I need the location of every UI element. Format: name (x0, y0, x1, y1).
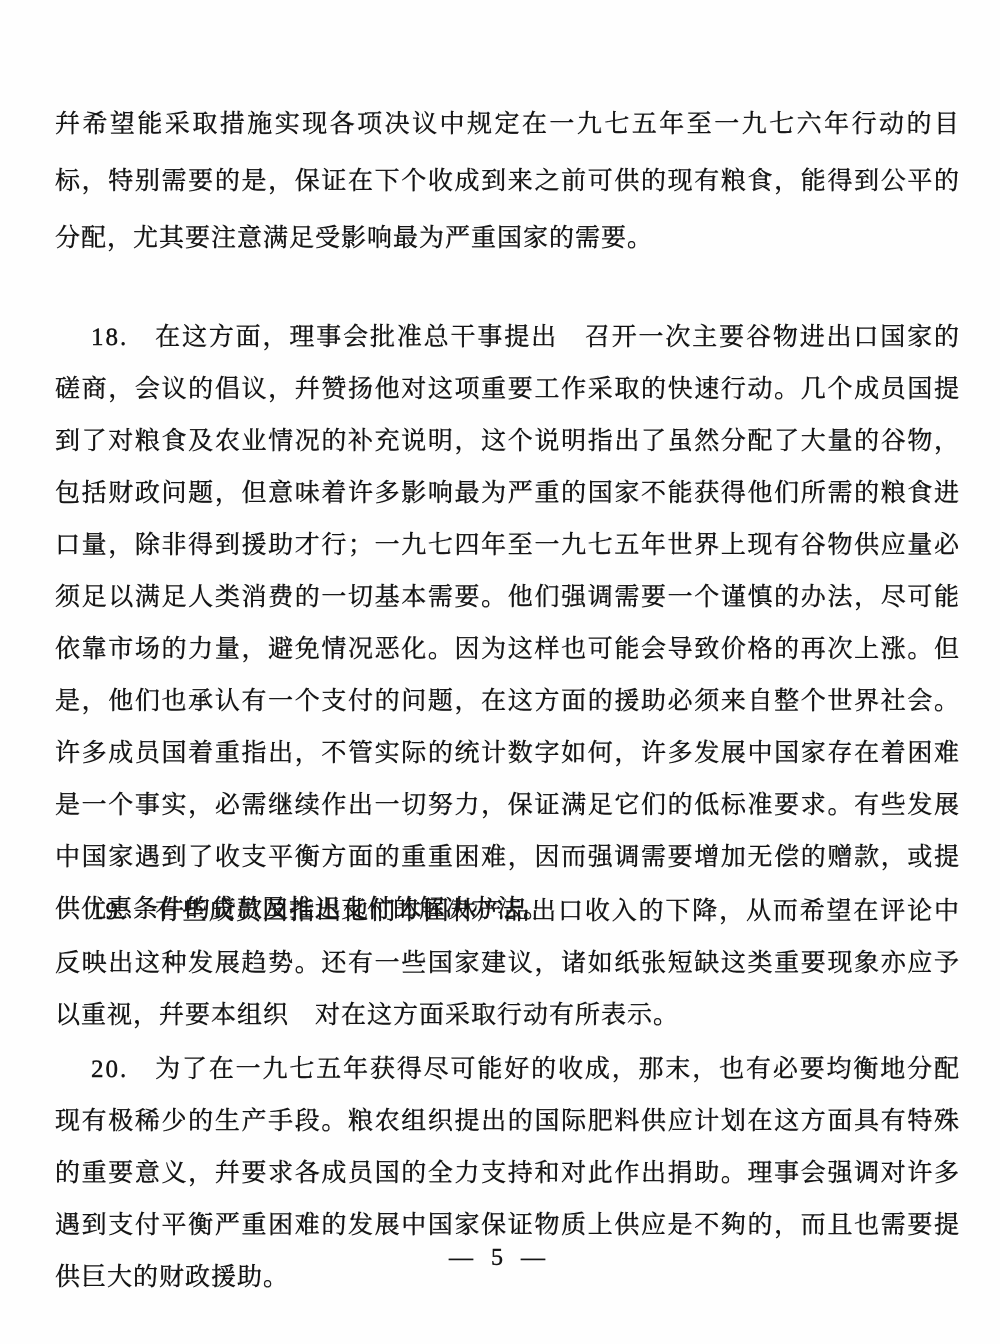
paragraph-20-number: 20. (91, 1056, 128, 1083)
paragraph-18-text: 在这方面，理事会批准总干事提出 召开一次主要谷物进出口国家的磋商，会议的倡议，幷… (55, 324, 960, 923)
paragraph-19: 19.有些成员国指出他们本国林产品出口收入的下降，从而希望在评论中反映出这种发展… (55, 886, 960, 1042)
paragraph-19-text: 有些成员国指出他们本国林产品出口收入的下降，从而希望在评论中反映出这种发展趋势。… (55, 898, 960, 1029)
page-number: — 5 — (0, 1238, 1000, 1278)
paragraph-18-number: 18. (91, 324, 128, 351)
intro-paragraph: 幷希望能采取措施实现各项决议中规定在一九七五年至一九七六年行动的目标，特别需要的… (55, 96, 960, 267)
document-page: 幷希望能采取措施实现各项决议中规定在一九七五年至一九七六年行动的目标，特别需要的… (0, 0, 1000, 1344)
paragraph-19-number: 19. (91, 898, 128, 925)
paragraph-18: 18.在这方面，理事会批准总干事提出 召开一次主要谷物进出口国家的磋商，会议的倡… (55, 312, 960, 936)
